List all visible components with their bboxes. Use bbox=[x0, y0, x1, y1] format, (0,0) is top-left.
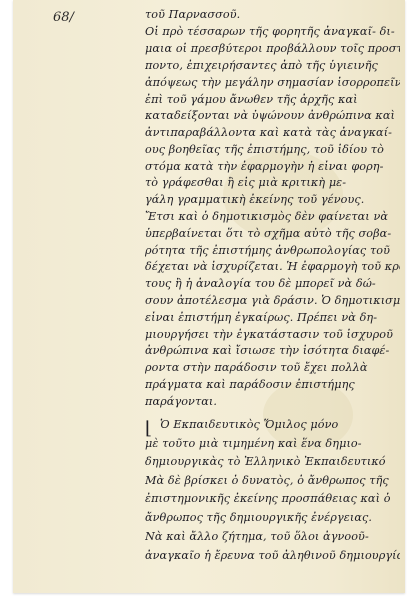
manuscript-line: ἄνθρωπος τῆς δημιουργικῆς ἐνέργειας. bbox=[145, 511, 400, 524]
manuscript-line: δέχεται νὰ ἰσχυρίζεται. Ἡ ἐφαρμογὴ τοῦ κ… bbox=[145, 260, 400, 273]
manuscript-line: Ἔτσι καὶ ὁ δημοτικισμὸς δὲν φαίνεται νὰ bbox=[145, 210, 400, 223]
manuscript-line: ποντο, ἐπιχειρήσαντες ἀπὸ τῆς ὑγιεινῆς bbox=[145, 59, 400, 72]
manuscript-line: ἀναγκαῖο ἡ ἔρευνα τοῦ ἀληθινοῦ δημιουργί… bbox=[145, 549, 400, 562]
manuscript-line: ἐπὶ τοῦ γάμου ἄνωθεν τῆς ἀρχῆς καὶ bbox=[145, 93, 400, 106]
manuscript-line: καταδείξονται νὰ ὑψώνουν ἀνθρώπινα καὶ bbox=[145, 109, 400, 122]
manuscript-line: ρότητα τῆς ἐπιστήμης ἀνθρωπολογίας τοῦ bbox=[145, 244, 400, 257]
manuscript-line: παράγονται. bbox=[145, 395, 400, 408]
manuscript-line: μὲ τοῦτο μιὰ τιμημένη καὶ ἕνα δημιο- bbox=[145, 437, 400, 450]
manuscript-line: Οἱ πρὸ τέσσαρων τῆς φορητῆς ἀναγκαῖ- δι- bbox=[145, 25, 400, 38]
manuscript-line: πράγματα καὶ παράδοσιν ἐπιστήμης bbox=[145, 378, 400, 391]
manuscript-line: σουν ἀποτέλεσμα γιὰ δράσιν. Ὁ δημοτικισμ… bbox=[145, 294, 400, 307]
folio-number: 68/ bbox=[53, 10, 74, 25]
manuscript-line: Ὁ Εκπαιδευτικὸς Ὅμιλος μόνο bbox=[160, 418, 413, 431]
manuscript-line: ροντα στὴν παράδοσιν τοῦ ἔχει πολλὰ bbox=[145, 361, 400, 374]
manuscript-line: ἀντιπαραβάλλοντα καὶ κατὰ τὰς ἀναγκαί- bbox=[145, 126, 400, 139]
manuscript-line: Μὰ δὲ βρίσκει ὁ δυνατὸς, ὁ ἄνθρωπος τῆς bbox=[145, 474, 400, 487]
manuscript-line: ἀνθρώπινα καὶ ἴσιωσε τὴν ἰσότητα διαφέ- bbox=[145, 344, 400, 357]
manuscript-line: μαια οἱ πρεσβύτεροι προβάλλουν τοῖς προσ… bbox=[145, 42, 400, 55]
manuscript-line: ἀπόψεως τὴν μεγάλην σημασίαν ἰσορροπεῖν- bbox=[145, 76, 400, 89]
manuscript-line: ἐπιστημονικῆς ἐκείνης προσπάθειας καὶ ὁ bbox=[145, 492, 400, 505]
manuscript-line: Νὰ καὶ ἄλλο ζήτημα, τοῦ ὅλοι ἀγνοοῦ- bbox=[145, 530, 400, 543]
manuscript-line: γάλη γραμματικὴ ἐκείνης τοῦ γένους. bbox=[145, 193, 400, 206]
manuscript-line: στόμα κατὰ τὴν ἐφαρμογὴν ἡ εἶναι φορη- bbox=[145, 160, 400, 173]
manuscript-line: τὸ γράφεσθαι ἢ εἰς μιὰ κριτικὴ με- bbox=[145, 176, 400, 189]
manuscript-line: ους βοηθεῖας τῆς ἐπιστήμης, τοῦ ἰδίου τὸ bbox=[145, 143, 400, 156]
manuscript-line: δημιουργικὰς τὸ Ἑλληνικὸ Ἐκπαιδευτικό bbox=[145, 455, 400, 468]
manuscript-line: τοῦ Παρνασσοῦ. bbox=[145, 8, 400, 21]
manuscript-line: τους ἢ ἡ ἀναλογία του δὲ μπορεῖ νὰ δώ- bbox=[145, 277, 400, 290]
manuscript-line: ὑπερβαίνεται ὅτι τὸ σχῆμα αὐτὸ τῆς σοβα- bbox=[145, 227, 400, 240]
paragraph-mark: ⌊ bbox=[145, 418, 152, 439]
manuscript-line: εἶναι ἐπιστήμη ἐγκαίρως. Πρέπει νὰ δη- bbox=[145, 311, 400, 324]
manuscript-line: μιουργήσει τὴν ἐγκατάστασιν τοῦ ἰσχυροῦ bbox=[145, 328, 400, 341]
